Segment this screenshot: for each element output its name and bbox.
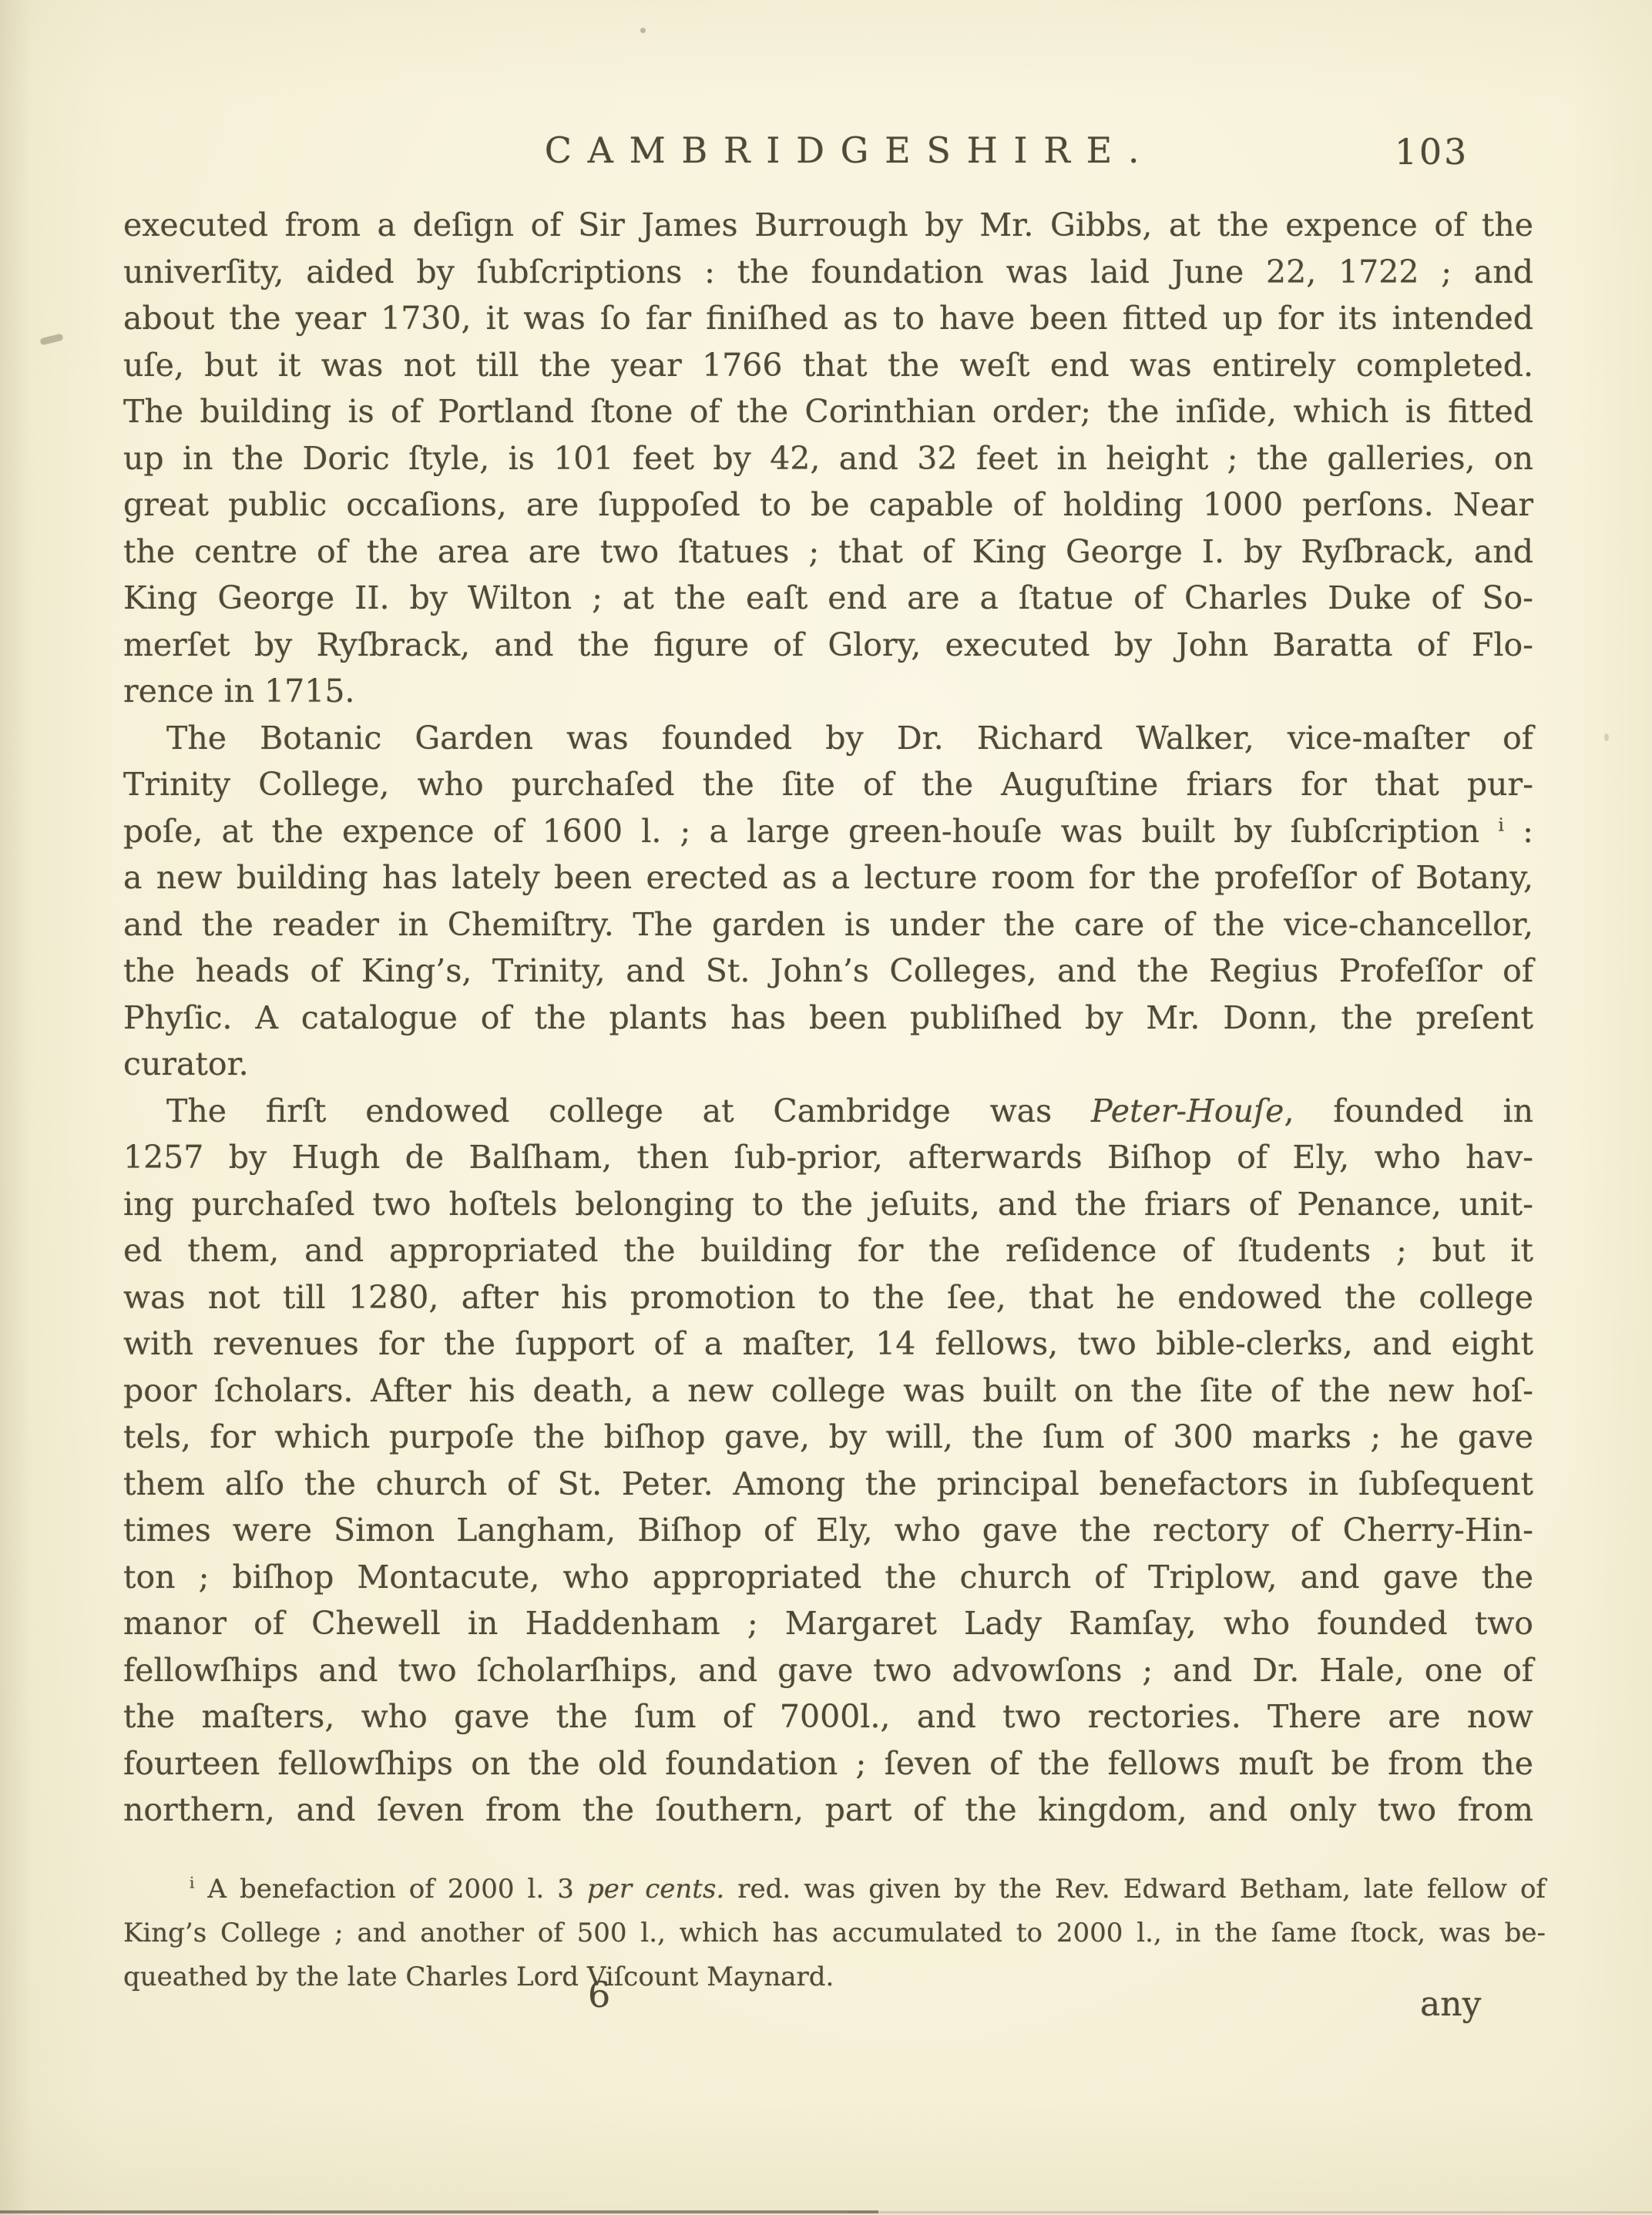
ink-speck (640, 28, 646, 33)
paragraph: The Botanic Garden was founded by Dr. Ri… (123, 715, 1533, 1088)
text-line: northern, and ſeven from the ſouthern, p… (123, 1787, 1533, 1834)
text-line: univerſity, aided by ſubſcriptions : the… (123, 249, 1533, 296)
text-line: The Botanic Garden was founded by Dr. Ri… (123, 715, 1533, 762)
scan-edge-line (848, 2211, 1652, 2213)
text-line: Phyſic. A catalogue of the plants has be… (123, 995, 1533, 1042)
paragraph: executed from a deſign of Sir James Burr… (123, 202, 1533, 715)
text-line: curator. (123, 1041, 1533, 1088)
text-line: the maſters, who gave the ſum of 7000l.,… (123, 1693, 1533, 1740)
book-page-scan: CAMBRIDGESHIRE. 103 executed from a deſi… (0, 0, 1652, 2215)
text-line: up in the Doric ſtyle, is 101 feet by 42… (123, 435, 1533, 482)
catchword: any (1420, 1985, 1481, 2024)
text-line: the heads of King’s, Trinity, and St. Jo… (123, 948, 1533, 995)
page-number: 103 (1395, 131, 1469, 173)
text-line: queathed by the late Charles Lord Viſcou… (123, 1955, 1546, 1999)
paragraph: i A benefaction of 2000 l. 3 per cents. … (123, 1868, 1546, 1999)
text-line: 1257 by Hugh de Balſham, then ſub-prior,… (123, 1134, 1533, 1181)
text-line: executed from a deſign of Sir James Burr… (123, 202, 1533, 249)
text-line: merſet by Ryſbrack, and the figure of Gl… (123, 622, 1533, 669)
margin-pen-mark (39, 334, 63, 346)
text-line: with revenues for the ſupport of a maſte… (123, 1321, 1533, 1368)
text-line: about the year 1730, it was ſo far finiſ… (123, 295, 1533, 342)
body-text: executed from a deſign of Sir James Burr… (123, 202, 1533, 1834)
text-line: times were Simon Langham, Biſhop of Ely,… (123, 1507, 1533, 1554)
text-line: a new building has lately been erected a… (123, 854, 1533, 901)
text-line: them alſo the church of St. Peter. Among… (123, 1461, 1533, 1508)
text-line: fellowſhips and two ſcholarſhips, and ga… (123, 1647, 1533, 1694)
text-line: the centre of the area are two ſtatues ;… (123, 529, 1533, 576)
text-line: ton ; biſhop Montacute, who appropriated… (123, 1554, 1533, 1601)
text-line: rence in 1715. (123, 668, 1533, 715)
text-line: poor ſcholars. After his death, a new co… (123, 1368, 1533, 1415)
text-line: manor of Chewell in Haddenham ; Margaret… (123, 1600, 1533, 1647)
text-line: tels, for which purpoſe the biſhop gave,… (123, 1414, 1533, 1461)
signature-mark: 6 (588, 1974, 610, 2015)
text-line: was not till 1280, after his promotion t… (123, 1274, 1533, 1321)
text-line: King George II. by Wilton ; at the eaſt … (123, 575, 1533, 622)
text-line: The building is of Portland ſtone of the… (123, 388, 1533, 435)
text-line: ed them, and appropriated the building f… (123, 1227, 1533, 1274)
paragraph: The firſt endowed college at Cambridge w… (123, 1088, 1533, 1834)
scan-edge-line (0, 2210, 878, 2213)
text-line: ing purchaſed two hoſtels belonging to t… (123, 1181, 1533, 1228)
text-line: King’s College ; and another of 500 l., … (123, 1911, 1546, 1955)
ink-speck (1604, 733, 1609, 741)
text-line: fourteen fellowſhips on the old foundati… (123, 1740, 1533, 1787)
text-line: and the reader in Chemiſtry. The garden … (123, 901, 1533, 948)
text-line: uſe, but it was not till the year 1766 t… (123, 342, 1533, 389)
text-line: great public occaſions, are ſuppoſed to … (123, 482, 1533, 529)
text-line: Trinity College, who purchaſed the ſite … (123, 761, 1533, 808)
page-header-title: CAMBRIDGESHIRE. (145, 129, 1555, 171)
text-line: poſe, at the expence of 1600 l. ; a larg… (123, 808, 1533, 855)
footnote: i A benefaction of 2000 l. 3 per cents. … (123, 1868, 1546, 1999)
text-line: The firſt endowed college at Cambridge w… (123, 1088, 1533, 1135)
text-line: i A benefaction of 2000 l. 3 per cents. … (123, 1868, 1546, 1911)
